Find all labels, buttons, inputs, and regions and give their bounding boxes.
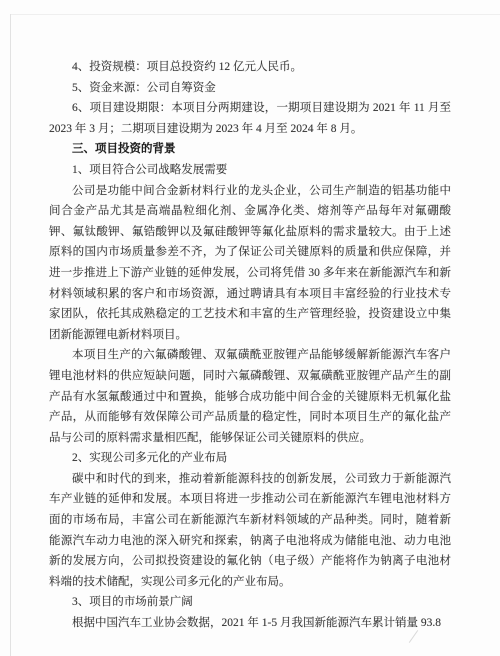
paragraph: 4、投资规模：项目总投资约 12 亿元人民币。: [49, 57, 451, 78]
paragraph: 6、项目建设期限：本项目分两期建设，一期项目建设期为 2021 年 11 月至 …: [49, 98, 451, 139]
paragraph: 5、资金来源：公司自筹资金: [49, 78, 451, 99]
paragraph: 公司是功能中间合金新材料行业的龙头企业，公司生产制造的铝基功能中间合金产品尤其是…: [49, 181, 451, 346]
page-top-edge-line: [10, 14, 500, 15]
paragraph: 2、实现公司多元化的产业布局: [49, 448, 451, 469]
paragraph: 根据中国汽车工业协会数据，2021 年 1-5 月我国新能源汽车累计销量 93.…: [49, 613, 451, 634]
paragraph: 1、项目符合公司战略发展需要: [49, 160, 451, 181]
paragraph: 3、项目的市场前景广阔: [49, 592, 451, 613]
paragraph: 本项目生产的六氟磷酸锂、双氟磺酰亚胺锂产品能够缓解新能源汽车客户锂电池材料的供应…: [49, 345, 451, 448]
document-body: 4、投资规模：项目总投资约 12 亿元人民币。5、资金来源：公司自筹资金6、项目…: [49, 57, 451, 634]
paragraph: 碳中和时代的到来，推动着新能源科技的创新发展，公司致力于新能源汽车产业链的延伸和…: [49, 469, 451, 593]
document-page: 4、投资规模：项目总投资约 12 亿元人民币。5、资金来源：公司自筹资金6、项目…: [0, 0, 500, 656]
page-left-edge-line: [10, 14, 11, 656]
section-heading: 三、项目投资的背景: [49, 139, 451, 160]
